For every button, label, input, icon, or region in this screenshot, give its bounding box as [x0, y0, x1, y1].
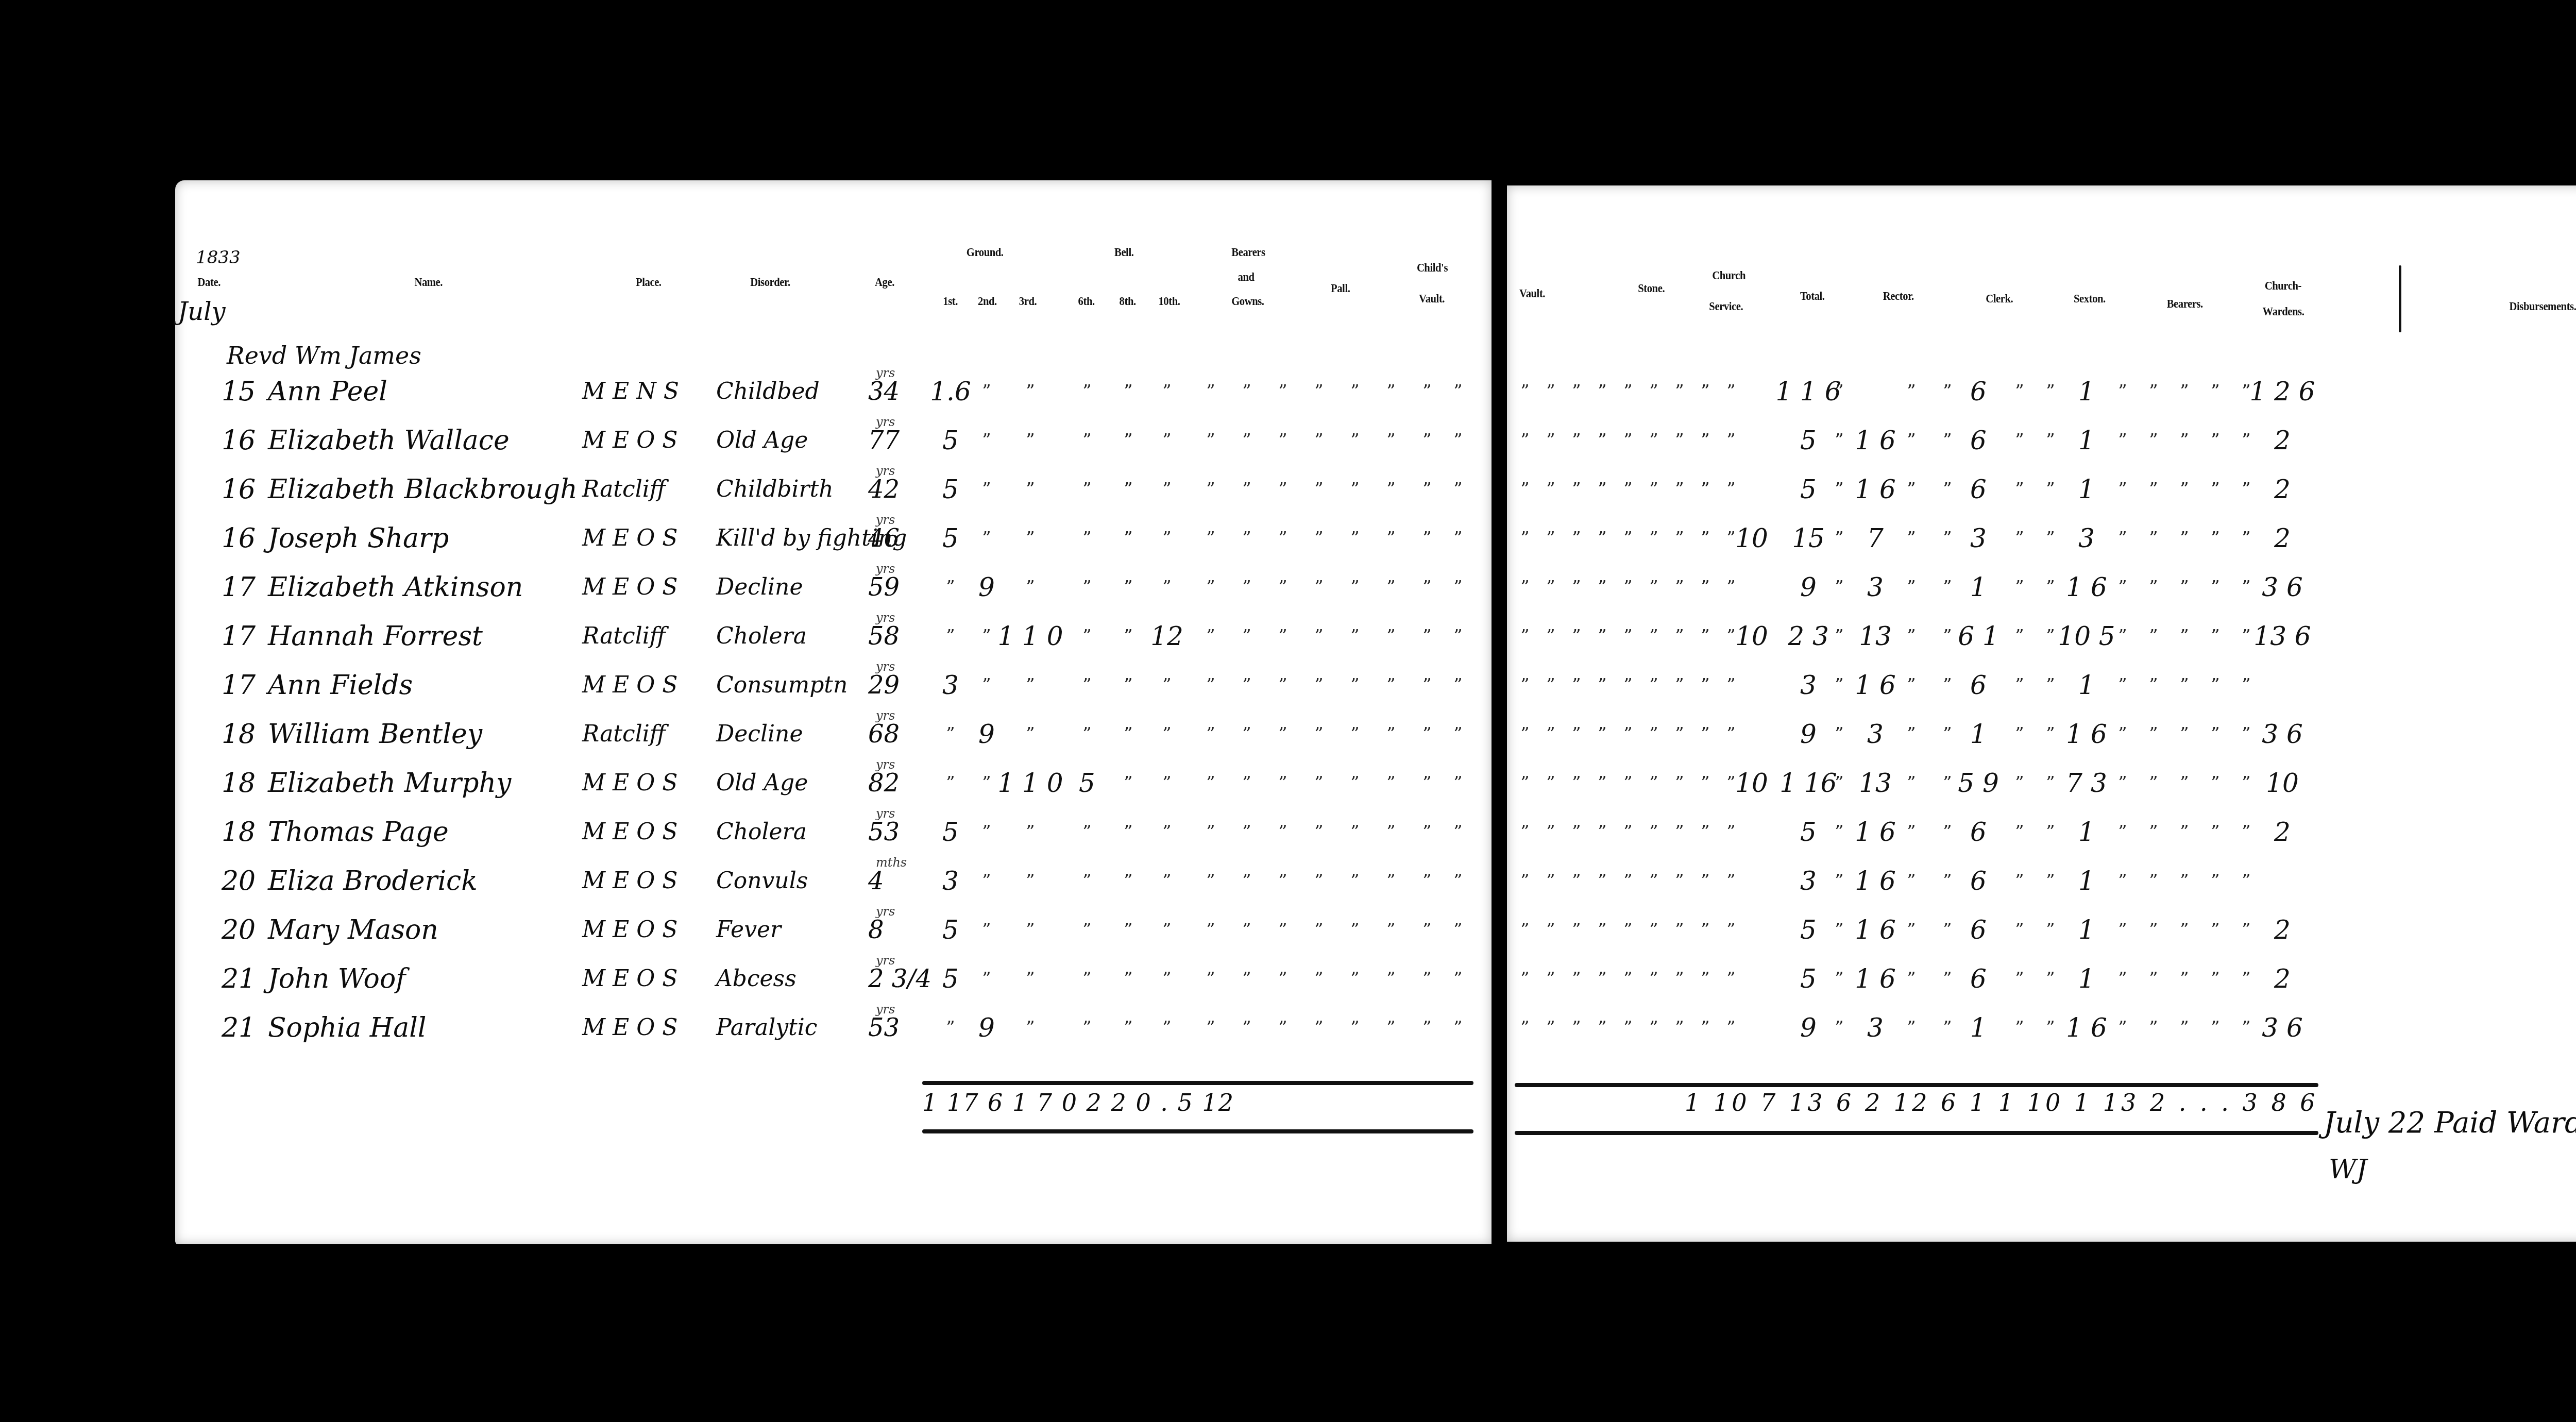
ditto-mark: ” — [1206, 915, 1215, 945]
fee-clerk: 6 — [1970, 963, 1987, 994]
ditto-mark: ” — [1726, 474, 1735, 505]
entry-disorder: Consumptn — [716, 670, 848, 701]
ditto-mark: ” — [1350, 670, 1359, 701]
ditto-mark: ” — [1422, 670, 1431, 701]
ditto-mark: ” — [1835, 719, 1843, 750]
entry-disorder: Childbed — [716, 376, 820, 407]
ditto-mark: ” — [1124, 474, 1132, 505]
ditto-mark: ” — [1598, 572, 1606, 603]
ditto-mark: ” — [1943, 915, 1952, 945]
ditto-mark: ” — [982, 866, 991, 896]
fee-church-wardens: 2 — [2274, 963, 2291, 994]
ditto-mark: ” — [1082, 817, 1091, 848]
ditto-mark: ” — [1162, 719, 1171, 750]
entry-disorder: Convuls — [716, 866, 808, 896]
ditto-mark: ” — [2211, 474, 2219, 505]
ditto-mark: ” — [1206, 768, 1215, 799]
fee-rector: 1 6 — [1855, 670, 1896, 701]
fee-ground-2nd: 9 — [978, 572, 995, 603]
fee-rector: 3 — [1867, 1012, 1884, 1043]
entry-age: 77 — [868, 425, 900, 456]
fee-total: 1 16 — [1780, 768, 1837, 799]
ditto-mark: ” — [1082, 963, 1091, 994]
ditto-mark: ” — [1422, 1012, 1431, 1043]
ditto-mark: ” — [1350, 474, 1359, 505]
ditto-mark: ” — [1350, 621, 1359, 652]
totals-right: 1 10 7 13 6 2 12 6 1 1 10 1 13 2 . . . 3… — [1685, 1087, 2318, 1118]
ditto-mark: ” — [1675, 474, 1684, 505]
ditto-mark: ” — [2242, 621, 2250, 652]
fee-church-wardens: 3 6 — [2262, 719, 2303, 750]
ditto-mark: ” — [2015, 1012, 2024, 1043]
ditto-mark: ” — [1520, 376, 1529, 407]
ditto-mark: ” — [982, 523, 991, 554]
ditto-mark: ” — [1649, 768, 1658, 799]
ditto-mark: ” — [1386, 425, 1395, 456]
ditto-mark: ” — [1206, 719, 1215, 750]
fee-sexton: 1 — [2078, 817, 2095, 848]
fee-ground-3rd: 1 1 0 — [997, 621, 1063, 652]
ditto-mark: ” — [1598, 425, 1606, 456]
ditto-mark: ” — [1726, 768, 1735, 799]
ditto-mark: ” — [982, 376, 991, 407]
ditto-mark: ” — [1124, 963, 1132, 994]
entry-age-unit: yrs — [876, 366, 895, 380]
ditto-mark: ” — [2118, 1012, 2127, 1043]
ditto-mark: ” — [2046, 866, 2055, 896]
header-bearers: Bearers — [1231, 242, 1265, 263]
entry-age: 82 — [868, 768, 900, 799]
ditto-mark: ” — [1572, 376, 1581, 407]
ditto-mark: ” — [1520, 963, 1529, 994]
ditto-mark: ” — [1206, 572, 1215, 603]
fee-ground-1st: 5 — [942, 425, 959, 456]
ditto-mark: ” — [1242, 376, 1251, 407]
fee-church-wardens: 2 — [2274, 523, 2291, 554]
ditto-mark: ” — [1520, 1012, 1529, 1043]
ditto-mark: ” — [1907, 817, 1916, 848]
fee-total: 9 — [1800, 1012, 1817, 1043]
ditto-mark: ” — [1026, 572, 1035, 603]
entry-date: 15 — [222, 376, 256, 407]
ditto-mark: ” — [1598, 376, 1606, 407]
ditto-mark: ” — [1386, 670, 1395, 701]
ditto-mark: ” — [1649, 866, 1658, 896]
entry-place: M E O S — [582, 670, 677, 701]
ditto-mark: ” — [1278, 572, 1287, 603]
header-childs: Child's — [1417, 258, 1448, 278]
ditto-mark: ” — [1386, 523, 1395, 554]
ditto-mark: ” — [1572, 474, 1581, 505]
ditto-mark: ” — [1726, 915, 1735, 945]
ditto-mark: ” — [946, 1012, 955, 1043]
header-rector: Rector. — [1883, 286, 1914, 307]
ditto-mark: ” — [1350, 768, 1359, 799]
ditto-mark: ” — [1623, 425, 1632, 456]
ditto-mark: ” — [1546, 963, 1555, 994]
ditto-mark: ” — [2118, 963, 2127, 994]
ditto-mark: ” — [1726, 817, 1735, 848]
ditto-mark: ” — [2149, 425, 2158, 456]
header-ground-2nd: 2nd. — [978, 291, 997, 312]
entry-age: 46 — [868, 523, 900, 554]
ditto-mark: ” — [2015, 425, 2024, 456]
ditto-mark: ” — [1162, 670, 1171, 701]
ditto-mark: ” — [1422, 572, 1431, 603]
ditto-mark: ” — [1623, 719, 1632, 750]
fee-rector: 1 6 — [1855, 915, 1896, 945]
ditto-mark: ” — [1206, 376, 1215, 407]
fee-total: 15 — [1792, 523, 1825, 554]
ditto-mark: ” — [1386, 817, 1395, 848]
ditto-mark: ” — [946, 621, 955, 652]
ditto-mark: ” — [946, 572, 955, 603]
ditto-mark: ” — [1386, 376, 1395, 407]
total-rule-right — [1515, 1131, 2318, 1135]
ditto-mark: ” — [1026, 915, 1035, 945]
entry-name: Ann Peel — [268, 376, 387, 407]
entry-disorder: Cholera — [716, 817, 807, 848]
header-place: Place. — [636, 272, 662, 293]
ditto-mark: ” — [982, 425, 991, 456]
fee-sexton: 1 — [2078, 915, 2095, 945]
ditto-mark: ” — [1082, 621, 1091, 652]
ditto-mark: ” — [1546, 719, 1555, 750]
fee-sexton: 1 — [2078, 425, 2095, 456]
entry-age-unit: yrs — [876, 708, 895, 723]
header-ground-3rd: 3rd. — [1019, 291, 1037, 312]
fee-total: 2 3 — [1788, 621, 1829, 652]
entry-date: 16 — [222, 425, 256, 456]
fee-clerk: 5 9 — [1958, 768, 1999, 799]
ditto-mark: ” — [1162, 376, 1171, 407]
ditto-mark: ” — [1726, 719, 1735, 750]
ditto-mark: ” — [1572, 425, 1581, 456]
ditto-mark: ” — [2242, 866, 2250, 896]
entry-disorder: Childbirth — [716, 474, 834, 505]
ditto-mark: ” — [982, 621, 991, 652]
entry-date: 18 — [222, 719, 256, 750]
ditto-mark: ” — [1726, 572, 1735, 603]
ditto-mark: ” — [1572, 670, 1581, 701]
ditto-mark: ” — [1124, 376, 1132, 407]
ditto-mark: ” — [2242, 1012, 2250, 1043]
disbursement-note: July 22 Paid Ward 3 ... 1 3 8 0 — [2324, 1108, 2576, 1139]
ditto-mark: ” — [1422, 963, 1431, 994]
ditto-mark: ” — [1242, 866, 1251, 896]
fee-rector: 1 6 — [1855, 963, 1896, 994]
fee-church-service: 10 — [1735, 768, 1768, 799]
ditto-mark: ” — [982, 915, 991, 945]
entry-date: 18 — [222, 768, 256, 799]
ditto-mark: ” — [1206, 474, 1215, 505]
ditto-mark: ” — [1907, 1012, 1916, 1043]
header-ground: Ground. — [967, 242, 1004, 263]
ditto-mark: ” — [1598, 1012, 1606, 1043]
ditto-mark: ” — [1242, 572, 1251, 603]
ditto-mark: ” — [1422, 523, 1431, 554]
ditto-mark: ” — [1546, 474, 1555, 505]
ditto-mark: ” — [1278, 425, 1287, 456]
ditto-mark: ” — [1675, 915, 1684, 945]
ditto-mark: ” — [1701, 866, 1709, 896]
ditto-mark: ” — [1835, 621, 1843, 652]
ditto-mark: ” — [1943, 621, 1952, 652]
ditto-mark: ” — [1124, 915, 1132, 945]
ditto-mark: ” — [1701, 474, 1709, 505]
ditto-mark: ” — [1520, 817, 1529, 848]
fee-rector: 3 — [1867, 719, 1884, 750]
ditto-mark: ” — [1314, 1012, 1323, 1043]
ditto-mark: ” — [1386, 719, 1395, 750]
fee-ground-1st: 1.6 — [930, 376, 971, 407]
ditto-mark: ” — [1546, 376, 1555, 407]
header-bell-10th: 10th. — [1158, 291, 1180, 312]
ditto-mark: ” — [1162, 817, 1171, 848]
fee-total: 5 — [1800, 915, 1817, 945]
ditto-mark: ” — [1835, 523, 1843, 554]
header-name: Name. — [414, 272, 443, 293]
fee-total: 5 — [1800, 963, 1817, 994]
ditto-mark: ” — [1907, 963, 1916, 994]
ditto-mark: ” — [1572, 523, 1581, 554]
header-disbursements: Disbursements. — [2510, 296, 2576, 317]
ditto-mark: ” — [1546, 425, 1555, 456]
header-date: Date. — [198, 272, 221, 293]
fee-rector: 1 6 — [1855, 817, 1896, 848]
ditto-mark: ” — [1572, 572, 1581, 603]
header-bearers-right: Bearers. — [2167, 294, 2203, 314]
fee-church-wardens: 2 — [2274, 817, 2291, 848]
ditto-mark: ” — [1162, 1012, 1171, 1043]
ditto-mark: ” — [1206, 621, 1215, 652]
ditto-mark: ” — [1572, 768, 1581, 799]
ditto-mark: ” — [982, 963, 991, 994]
header-bell-6th: 6th. — [1078, 291, 1095, 312]
header-stone: Stone. — [1638, 278, 1665, 299]
ditto-mark: ” — [1206, 866, 1215, 896]
ditto-mark: ” — [2015, 474, 2024, 505]
ditto-mark: ” — [2118, 425, 2127, 456]
ditto-mark: ” — [1278, 523, 1287, 554]
ditto-mark: ” — [2046, 523, 2055, 554]
ditto-mark: ” — [1701, 817, 1709, 848]
fee-clerk: 6 — [1970, 670, 1987, 701]
ditto-mark: ” — [1278, 621, 1287, 652]
ditto-mark: ” — [1124, 866, 1132, 896]
ditto-mark: ” — [1124, 572, 1132, 603]
ditto-mark: ” — [2118, 523, 2127, 554]
ditto-mark: ” — [1649, 376, 1658, 407]
ditto-mark: ” — [1907, 866, 1916, 896]
ditto-mark: ” — [1453, 376, 1462, 407]
ditto-mark: ” — [1422, 768, 1431, 799]
ditto-mark: ” — [2211, 817, 2219, 848]
fee-ground-3rd: 1 1 0 — [997, 768, 1063, 799]
ditto-mark: ” — [2211, 866, 2219, 896]
fee-total: 5 — [1800, 474, 1817, 505]
ditto-mark: ” — [1162, 915, 1171, 945]
ditto-mark: ” — [1278, 768, 1287, 799]
ditto-mark: ” — [1726, 621, 1735, 652]
ditto-mark: ” — [1162, 523, 1171, 554]
ditto-mark: ” — [1943, 817, 1952, 848]
ditto-mark: ” — [1242, 621, 1251, 652]
ditto-mark: ” — [1546, 1012, 1555, 1043]
subtotal-rule-right — [1515, 1083, 2318, 1087]
subtotal-rule-left — [922, 1081, 1473, 1085]
ditto-mark: ” — [2242, 719, 2250, 750]
ditto-mark: ” — [2149, 963, 2158, 994]
ditto-mark: ” — [1943, 523, 1952, 554]
ditto-mark: ” — [1675, 621, 1684, 652]
ditto-mark: ” — [1623, 915, 1632, 945]
ditto-mark: ” — [1649, 1012, 1658, 1043]
ditto-mark: ” — [1907, 572, 1916, 603]
ditto-mark: ” — [1422, 866, 1431, 896]
disbursements-divider — [2399, 265, 2401, 332]
ditto-mark: ” — [1598, 670, 1606, 701]
entry-name: Elizabeth Wallace — [268, 425, 510, 456]
fee-rector: 1 6 — [1855, 866, 1896, 896]
fee-total: 5 — [1800, 817, 1817, 848]
ditto-mark: ” — [2180, 963, 2189, 994]
ditto-mark: ” — [1082, 376, 1091, 407]
ditto-mark: ” — [1314, 915, 1323, 945]
ditto-mark: ” — [1520, 572, 1529, 603]
ditto-mark: ” — [1242, 1012, 1251, 1043]
ditto-mark: ” — [1623, 768, 1632, 799]
ditto-mark: ” — [1278, 670, 1287, 701]
ditto-mark: ” — [1386, 866, 1395, 896]
ditto-mark: ” — [2015, 768, 2024, 799]
entry-name: Eliza Broderick — [268, 866, 478, 896]
ditto-mark: ” — [1701, 963, 1709, 994]
ditto-mark: ” — [1623, 523, 1632, 554]
fee-sexton: 1 6 — [2066, 572, 2107, 603]
entry-name: Elizabeth Blackbrough — [268, 474, 578, 505]
ditto-mark: ” — [1572, 1012, 1581, 1043]
ditto-mark: ” — [1350, 1012, 1359, 1043]
ditto-mark: ” — [1026, 817, 1035, 848]
header-total: Total. — [1800, 286, 1825, 307]
fee-sexton: 3 — [2078, 523, 2095, 554]
fee-sexton: 1 6 — [2066, 1012, 2107, 1043]
ditto-mark: ” — [1649, 523, 1658, 554]
fee-ground-1st: 5 — [942, 915, 959, 945]
ditto-mark: ” — [982, 474, 991, 505]
ditto-mark: ” — [1386, 915, 1395, 945]
ditto-mark: ” — [1242, 425, 1251, 456]
ditto-mark: ” — [1623, 1012, 1632, 1043]
ditto-mark: ” — [1206, 1012, 1215, 1043]
ditto-mark: ” — [2180, 621, 2189, 652]
ditto-mark: ” — [1675, 425, 1684, 456]
fee-clerk: 3 — [1970, 523, 1987, 554]
ditto-mark: ” — [1350, 963, 1359, 994]
ditto-mark: ” — [1907, 523, 1916, 554]
ditto-mark: ” — [1675, 670, 1684, 701]
ditto-mark: ” — [2046, 1012, 2055, 1043]
ditto-mark: ” — [1082, 670, 1091, 701]
entry-place: Ratcliff — [582, 621, 666, 652]
ditto-mark: ” — [2149, 572, 2158, 603]
fee-sexton: 1 — [2078, 376, 2095, 407]
entry-age: 34 — [868, 376, 900, 407]
ditto-mark: ” — [1242, 523, 1251, 554]
ditto-mark: ” — [1453, 768, 1462, 799]
entry-disorder: Paralytic — [716, 1012, 817, 1043]
ditto-mark: ” — [1598, 915, 1606, 945]
ditto-mark: ” — [2149, 768, 2158, 799]
ditto-mark: ” — [2046, 474, 2055, 505]
ditto-mark: ” — [1726, 425, 1735, 456]
ditto-mark: ” — [1242, 670, 1251, 701]
ditto-mark: ” — [1314, 768, 1323, 799]
ditto-mark: ” — [1623, 376, 1632, 407]
ditto-mark: ” — [2180, 915, 2189, 945]
ditto-mark: ” — [2211, 963, 2219, 994]
ditto-mark: ” — [2242, 670, 2250, 701]
ditto-mark: ” — [1726, 963, 1735, 994]
fee-total: 5 — [1800, 425, 1817, 456]
ditto-mark: ” — [1675, 963, 1684, 994]
ditto-mark: ” — [1242, 768, 1251, 799]
ditto-mark: ” — [2015, 719, 2024, 750]
entry-disorder: Old Age — [716, 425, 808, 456]
ditto-mark: ” — [1546, 523, 1555, 554]
entry-date: 21 — [222, 1012, 256, 1043]
ditto-mark: ” — [2046, 572, 2055, 603]
fee-clerk: 1 — [1970, 572, 1987, 603]
ditto-mark: ” — [2242, 963, 2250, 994]
header-church: Church — [1712, 265, 1745, 286]
ditto-mark: ” — [1835, 915, 1843, 945]
fee-bell-10th: 12 — [1150, 621, 1183, 652]
ditto-mark: ” — [1453, 817, 1462, 848]
ditto-mark: ” — [1701, 621, 1709, 652]
ditto-mark: ” — [2242, 915, 2250, 945]
entry-age-unit: yrs — [876, 513, 895, 527]
ditto-mark: ” — [2211, 670, 2219, 701]
fee-rector: 7 — [1867, 523, 1884, 554]
fee-sexton: 1 — [2078, 963, 2095, 994]
ditto-mark: ” — [1082, 1012, 1091, 1043]
header-vault: Vault. — [1519, 283, 1545, 304]
fee-church-service: 10 — [1735, 523, 1768, 554]
ditto-mark: ” — [1546, 768, 1555, 799]
header-and: and — [1238, 267, 1255, 287]
ditto-mark: ” — [1162, 425, 1171, 456]
ditto-mark: ” — [1675, 719, 1684, 750]
fee-sexton: 1 — [2078, 866, 2095, 896]
ditto-mark: ” — [2118, 866, 2127, 896]
entry-disorder: Old Age — [716, 768, 808, 799]
fee-total: 3 — [1800, 670, 1817, 701]
entry-age: 53 — [868, 1012, 900, 1043]
ditto-mark: ” — [1350, 572, 1359, 603]
fee-clerk: 6 — [1970, 817, 1987, 848]
entry-age-unit: yrs — [876, 904, 895, 919]
entry-date: 21 — [222, 963, 256, 994]
fee-total: 3 — [1800, 866, 1817, 896]
header-church-wardens-2: Wardens. — [2263, 301, 2304, 322]
entry-age-unit: yrs — [876, 757, 895, 772]
ditto-mark: ” — [1623, 572, 1632, 603]
ditto-mark: ” — [1026, 719, 1035, 750]
entry-disorder: Fever — [716, 915, 781, 945]
ditto-mark: ” — [1649, 963, 1658, 994]
